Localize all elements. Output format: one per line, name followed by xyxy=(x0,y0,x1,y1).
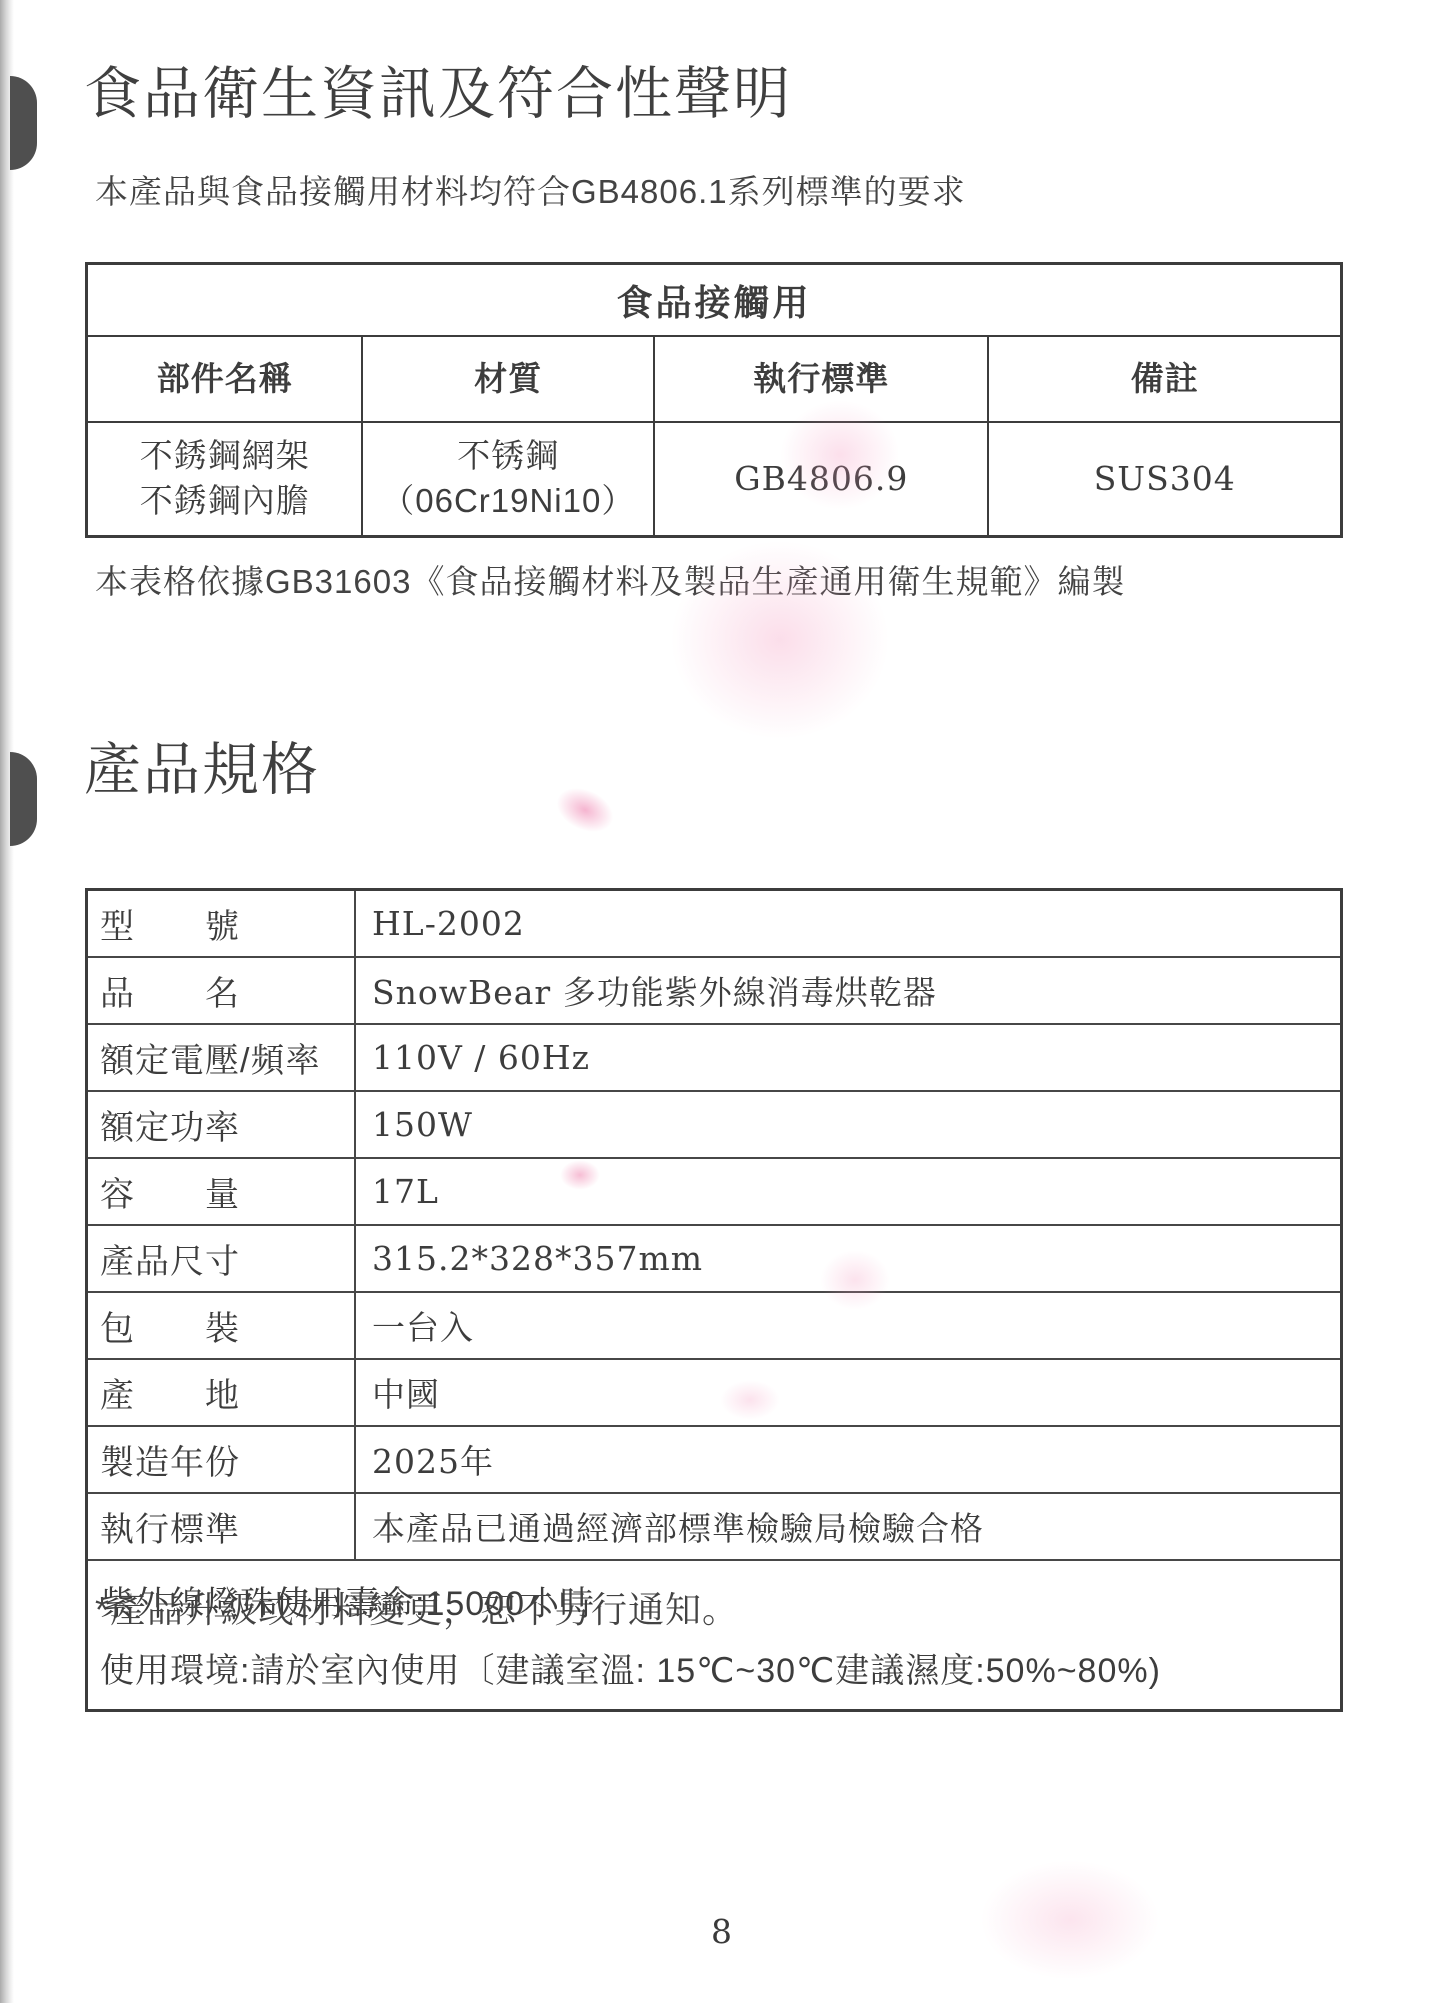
spec-label: 型 號 xyxy=(88,891,356,956)
material-line2: （06Cr19Ni10） xyxy=(381,479,635,524)
spec-value: 17L xyxy=(356,1159,1340,1224)
column-header-standard: 執行標準 xyxy=(655,337,989,421)
spec-value: HL-2002 xyxy=(356,891,1340,956)
spec-value: SnowBear 多功能紫外線消毒烘乾器 xyxy=(356,958,1340,1023)
spec-value: 315.2*328*357mm xyxy=(356,1226,1340,1291)
food-safety-section-title: 食品衛生資訊及符合性聲明 xyxy=(84,48,792,130)
usage-environment-note: 使用環境:請於室內使用〔建議室溫: 15℃~30℃建議濕度:50%~80%) xyxy=(88,1634,1340,1701)
spec-row-executive-standard: 執行標準 本產品已通過經濟部標準檢驗局檢驗合格 xyxy=(88,1494,1340,1561)
spec-value: 本產品已通過經濟部標準檢驗局檢驗合格 xyxy=(356,1494,1340,1559)
spec-label: 包 裝 xyxy=(88,1293,356,1358)
page-number: 8 xyxy=(0,1912,1443,1951)
spec-value: 中國 xyxy=(356,1360,1340,1425)
column-header-material: 材質 xyxy=(363,337,655,421)
spec-label: 產 地 xyxy=(88,1360,356,1425)
spec-value: 150W xyxy=(356,1092,1340,1157)
spec-row-manufacture-year: 製造年份 2025年 xyxy=(88,1427,1340,1494)
cell-standard: GB4806.9 xyxy=(655,423,989,535)
spec-row-product-name: 品 名 SnowBear 多功能紫外線消毒烘乾器 xyxy=(88,958,1340,1025)
column-header-part-name: 部件名稱 xyxy=(88,337,363,421)
upgrade-disclaimer-footnote: *產品升級或材料變更，恕不另行通知。 xyxy=(95,1582,739,1633)
spec-label: 執行標準 xyxy=(88,1494,356,1559)
spec-label: 製造年份 xyxy=(88,1427,356,1492)
spec-value: 2025年 xyxy=(356,1427,1340,1492)
column-header-remark: 備註 xyxy=(989,337,1340,421)
spec-row-capacity: 容 量 17L xyxy=(88,1159,1340,1226)
spec-row-rated-power: 額定功率 150W xyxy=(88,1092,1340,1159)
food-safety-intro: 本產品與食品接觸用材料均符合GB4806.1系列標準的要求 xyxy=(95,166,966,213)
spec-row-dimensions: 產品尺寸 315.2*328*357mm xyxy=(88,1226,1340,1293)
spec-row-origin: 產 地 中國 xyxy=(88,1360,1340,1427)
spec-label: 容 量 xyxy=(88,1159,356,1224)
scan-stain xyxy=(549,779,620,841)
scanned-manual-page: 食品衛生資訊及符合性聲明 本產品與食品接觸用材料均符合GB4806.1系列標準的… xyxy=(0,0,1443,2003)
food-contact-table: 食品接觸用 部件名稱 材質 執行標準 備註 不銹鋼網架 不銹鋼內膽 不锈鋼 （0… xyxy=(85,262,1343,538)
part-name-line2: 不銹鋼內膽 xyxy=(140,479,310,524)
spec-label: 品 名 xyxy=(88,958,356,1023)
spec-value: 110V / 60Hz xyxy=(356,1025,1340,1090)
spec-value: 一台入 xyxy=(356,1293,1340,1358)
section-bullet-icon xyxy=(10,752,37,846)
spec-label: 產品尺寸 xyxy=(88,1226,356,1291)
scan-edge-artifact xyxy=(0,0,14,2003)
food-contact-table-title: 食品接觸用 xyxy=(88,265,1340,337)
section-bullet-icon xyxy=(10,76,37,170)
cell-material: 不锈鋼 （06Cr19Ni10） xyxy=(363,423,655,535)
spec-row-voltage-frequency: 額定電壓/頻率 110V / 60Hz xyxy=(88,1025,1340,1092)
food-safety-note: 本表格依據GB31603《食品接觸材料及製品生產通用衛生規範》編製 xyxy=(95,556,1125,603)
food-contact-table-header-row: 部件名稱 材質 執行標準 備註 xyxy=(88,337,1340,423)
part-name-line1: 不銹鋼網架 xyxy=(140,434,310,479)
food-contact-table-data-row: 不銹鋼網架 不銹鋼內膽 不锈鋼 （06Cr19Ni10） GB4806.9 SU… xyxy=(88,423,1340,535)
cell-remark: SUS304 xyxy=(989,423,1340,535)
spec-row-packaging: 包 裝 一台入 xyxy=(88,1293,1340,1360)
cell-part-name: 不銹鋼網架 不銹鋼內膽 xyxy=(88,423,363,535)
material-line1: 不锈鋼 xyxy=(457,434,559,479)
spec-label: 額定功率 xyxy=(88,1092,356,1157)
product-specs-section-title: 產品規格 xyxy=(84,724,320,806)
spec-label: 額定電壓/頻率 xyxy=(88,1025,356,1090)
spec-row-model: 型 號 HL-2002 xyxy=(88,891,1340,958)
